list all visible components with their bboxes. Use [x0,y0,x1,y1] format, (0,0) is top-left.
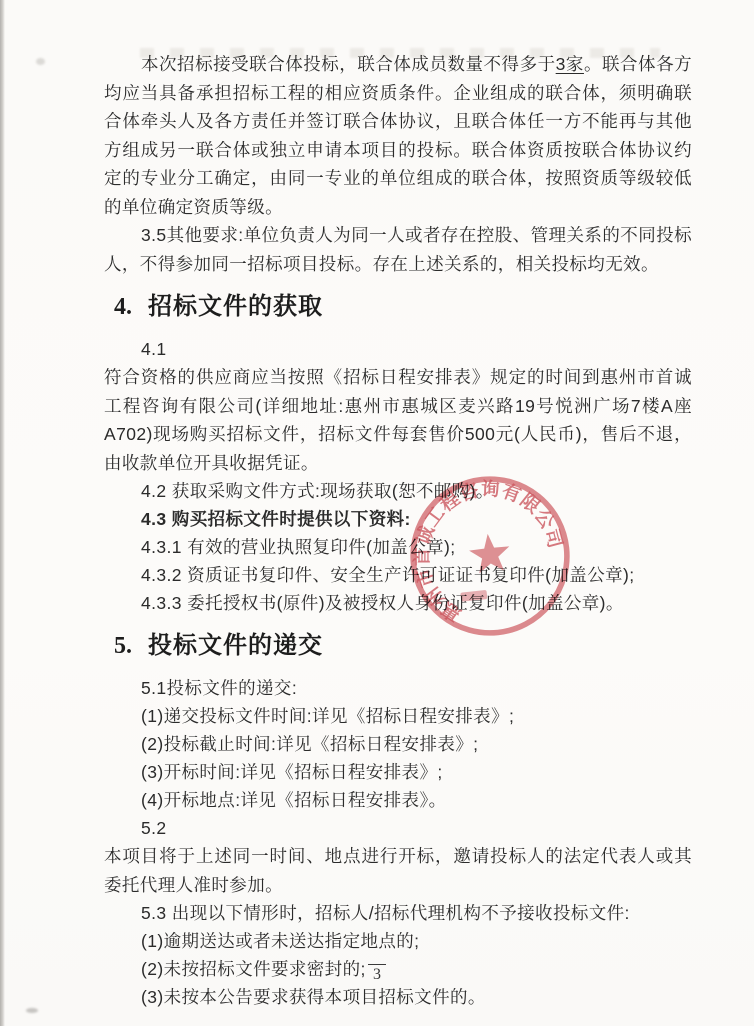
clause-5-3: 5.3 出现以下情形时，招标人/招标代理机构不予接收投标文件: [104,899,692,927]
section-4-title: 招标文件的获取 [148,293,323,320]
scanned-document-page: 本次招标接受联合体投标，联合体成员数量不得多于3家。联合体各方均应当具备承担招标… [0,0,754,1026]
section-5-number: 5. [114,633,132,659]
section-5-title: 投标文件的递交 [148,632,323,659]
page-number: 3 [368,964,386,984]
joint-venture-text-before: 本次招标接受联合体投标，联合体成员数量不得多于 [141,54,556,74]
clause-4-2: 4.2 获取采购文件方式:现场获取(恕不邮购)。 [104,477,692,505]
document-body: 本次招标接受联合体投标，联合体成员数量不得多于3家。联合体各方均应当具备承担招标… [104,50,692,1011]
scan-dot-artifact [36,58,45,65]
clause-4-3: 4.3 购买招标文件时提供以下资料: [104,505,692,533]
clause-4-1-label: 4.1 [104,335,692,363]
section-4-heading: 4.招标文件的获取 [114,286,692,321]
paragraph-clause-3-5: 3.5其他要求:单位负责人为同一人或者存在控股、管理关系的不同投标人，不得参加同… [104,221,692,278]
paragraph-clause-5-2: 本项目将于上述同一时间、地点进行开标，邀请投标人的法定代表人或其委托代理人准时参… [104,842,692,899]
clause-5-2-label: 5.2 [104,814,692,842]
clause-5-1-item-4: (4)开标地点:详见《招标日程安排表》。 [104,786,692,814]
clause-5-1: 5.1投标文件的递交: [104,674,692,702]
section-5-heading: 5.投标文件的递交 [114,625,692,660]
clause-5-3-item-3: (3)未按本公告要求获得本项目招标文件的。 [104,983,692,1011]
clause-4-3-2: 4.3.2 资质证书复印件、安全生产许可证证书复印件(加盖公章); [104,561,692,589]
scan-edge-artifact [0,0,5,1026]
clause-5-1-item-1: (1)递交投标文件时间:详见《招标日程安排表》; [104,702,692,730]
clause-5-3-item-1: (1)逾期送达或者未送达指定地点的; [104,927,692,955]
scan-dot-artifact [26,1008,38,1013]
paragraph-joint-venture: 本次招标接受联合体投标，联合体成员数量不得多于3家。联合体各方均应当具备承担招标… [104,50,692,221]
joint-venture-text-after: 。联合体各方均应当具备承担招标工程的相应资质条件。企业组成的联合体，须明确联合体… [104,54,692,217]
joint-venture-member-limit: 3家 [556,54,584,74]
clause-4-3-1: 4.3.1 有效的营业执照复印件(加盖公章); [104,533,692,561]
clause-5-1-item-3: (3)开标时间:详见《招标日程安排表》; [104,758,692,786]
paragraph-clause-4-1: 符合资格的供应商应当按照《招标日程安排表》规定的时间到惠州市首诚工程咨询有限公司… [104,363,692,477]
page-footer: 3 [0,964,754,984]
clause-5-1-item-2: (2)投标截止时间:详见《招标日程安排表》; [104,730,692,758]
clause-4-3-3: 4.3.3 委托授权书(原件)及被授权人身份证复印件(加盖公章)。 [104,589,692,617]
section-4-number: 4. [114,294,132,320]
